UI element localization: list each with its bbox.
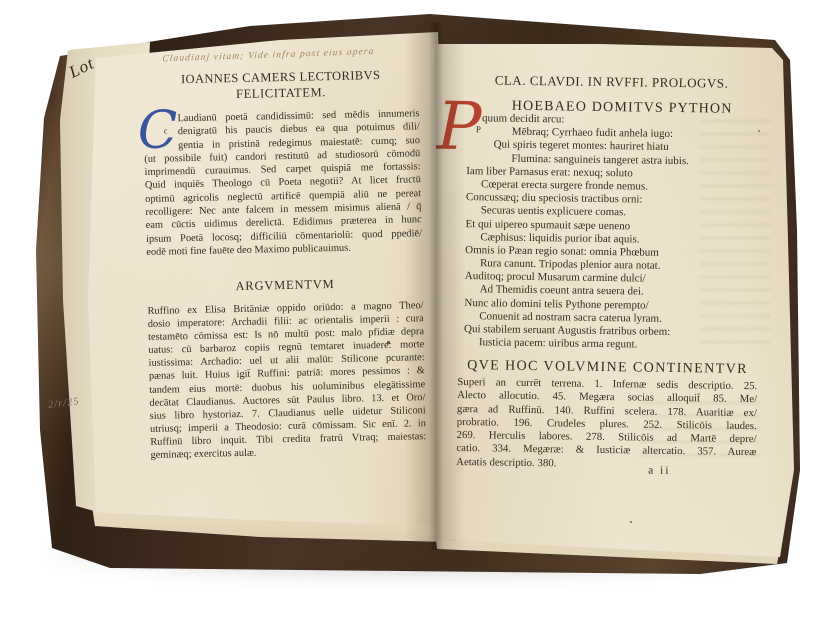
ink-inscription: Claudianj vitam; Vide infra post eius op… <box>162 46 411 65</box>
book-photo: Lot 2/r/25 Claudianj vitam; Vide infra p… <box>0 0 840 617</box>
signature-mark: a ii <box>648 465 671 477</box>
right-page-content: CLA. CLAVDI. IN RVFFI. PROLOGVS. HOEBAEO… <box>455 48 762 552</box>
lot-handwriting: Lot <box>66 53 98 82</box>
prologue-poem: quum decidit arcu:Mēbraq; Cyrrhaeo fudit… <box>464 112 759 353</box>
contents-heading: QVE HOC VOLVMINE CONTINENTVR <box>457 358 757 378</box>
argumentum-paragraph: Ruffino ex Elisa Britāniæ oppido oriūdo:… <box>147 299 426 462</box>
contents-list: Superi an currēt terrena. 1. Infernæ sed… <box>456 376 757 473</box>
right-page: CLA. CLAVDI. IN RVFFI. PROLOGVS. HOEBAEO… <box>426 20 798 565</box>
running-title: CLA. CLAVDI. IN RVFFI. PROLOGVS. <box>461 72 761 92</box>
foxing-spot <box>630 521 632 523</box>
poem-line: Iusticia pacem: uiribus arma regunt. <box>464 336 756 353</box>
foxing-spot <box>758 130 760 132</box>
foxing-spot <box>387 341 390 344</box>
argumentum-heading: ARGVMENTVM <box>147 275 423 296</box>
left-page: Claudianj vitam; Vide infra post eius op… <box>78 25 450 530</box>
left-page-content: Claudianj vitam; Vide infra post eius op… <box>142 41 428 517</box>
preface-paragraph: Laudianū poetā candidissimū: sed mēdis i… <box>143 107 422 259</box>
